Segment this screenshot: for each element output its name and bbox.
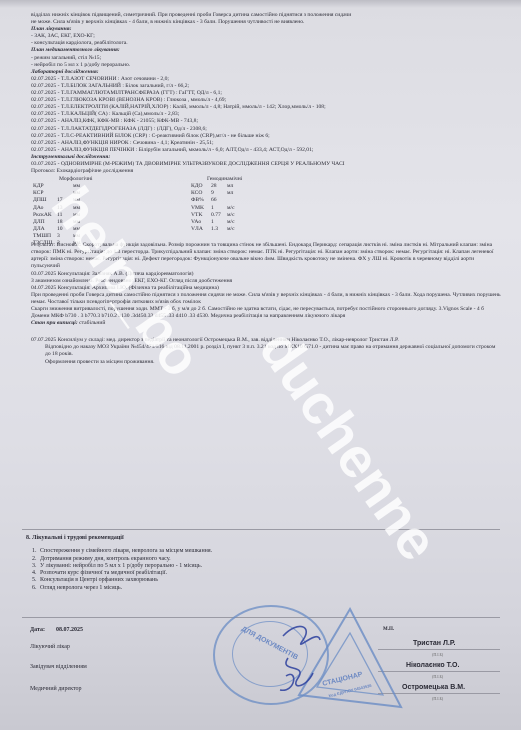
- measure-value: 66: [211, 197, 227, 204]
- measure-unit: м/с: [227, 212, 235, 219]
- name-head: Ніколаєнко Т.О.: [406, 662, 459, 669]
- measure-key: ДАо: [33, 205, 57, 212]
- pib-caption: (П.І.Б): [432, 696, 443, 701]
- role-director: Медичний директор: [30, 686, 82, 692]
- recommendation-item: Огляд невролога через 1 місяць.: [38, 585, 212, 592]
- measure-key: VTK: [191, 212, 211, 219]
- hemo-row: VMK1м/с: [191, 205, 242, 212]
- state-value: стабільний: [79, 320, 105, 326]
- lab-results-list: 02.07.2025 - Т.Л.АЗОТ СЕЧОВИНИ : Азот се…: [31, 76, 501, 154]
- plan-medication-title: План медикаментозного лікування:: [31, 47, 501, 54]
- measure-key: VЛА: [191, 226, 211, 233]
- role-attending: Лікуючий лікар: [30, 644, 70, 650]
- plan-treatment-title: План лікування:: [31, 26, 501, 33]
- measure-key: ДЛП: [33, 219, 57, 226]
- lab-result-item: 02.07.2025 - АНАЛІЗ,КФК, КФК-МВ : КФК - …: [31, 118, 501, 125]
- measure-key: ТМШП: [33, 233, 57, 240]
- council-note: Оформлення провести за місцем проживання…: [31, 359, 501, 366]
- measure-value: 1: [211, 219, 227, 226]
- section-divider: [22, 529, 500, 530]
- hemo-row: КСО9мл: [191, 190, 242, 197]
- measure-key: КСР: [33, 190, 57, 197]
- morph-row: КДРмм: [33, 183, 93, 190]
- measure-key: ДПШ: [33, 197, 57, 204]
- morph-row: ТЗСЛШ2мм: [33, 240, 93, 247]
- plan-item: - нейробіл по 5 мл х 1 р/добу перорально…: [31, 62, 501, 69]
- recommendations-section: 8. Лікувальні і трудові рекомендації Спо…: [26, 535, 212, 592]
- recommendations-list: Спостереження у сімейного лікаря, неврол…: [26, 548, 212, 592]
- role-head: Завідувач відділенням: [30, 664, 87, 670]
- state-label: Стан при виписці:: [31, 320, 78, 326]
- lab-result-item: 02.07.2025 - Т.Л.ЛАКТАТДЕГІДРОГЕНАЗА (ЛД…: [31, 126, 501, 133]
- lab-result-item: 02.07.2025 - Т.Л.АЗОТ СЕЧОВИНИ : Азот се…: [31, 76, 501, 83]
- handwritten-signature-icon: [268, 618, 328, 698]
- measure-value: 17: [57, 197, 73, 204]
- measure-key: VMK: [191, 205, 211, 212]
- measure-unit: м/с: [227, 205, 235, 212]
- measure-key: ТЗСЛШ: [33, 240, 57, 247]
- measure-key: VAo: [191, 219, 211, 226]
- hemo-row: ФВ%66: [191, 197, 242, 204]
- echo-result: Результат: Висновок: Скоротувальна функц…: [31, 242, 501, 270]
- measure-unit: м/с: [227, 226, 235, 233]
- page-shadow: [0, 0, 521, 8]
- pib-caption: (П.І.Б): [432, 652, 443, 657]
- lab-title: Лабораторні дослідження:: [31, 69, 501, 76]
- measure-unit: мл: [227, 183, 233, 190]
- morph-row: ТМШП3мм: [33, 233, 93, 240]
- date-value: 08.07.2025: [56, 627, 83, 633]
- measure-unit: мм: [73, 190, 80, 197]
- consultation-line: З анамнезом ознайомлена. Рекомендовано: …: [31, 278, 501, 285]
- measure-value: [57, 190, 73, 197]
- measure-unit: мм: [73, 240, 80, 247]
- discharge-summary-body: відділах нижніх кінцівок підвищений, сим…: [31, 12, 501, 366]
- date-label: Дата:: [30, 627, 45, 633]
- echo-measurements: Морфологічні КДРммКСРммДПШ17ммДАо13ммРкс…: [31, 176, 501, 242]
- measure-unit: мм: [73, 233, 80, 240]
- lab-result-item: 02.07.2025 - АНАЛІЗ,ФУНКЦІЯ НИРОК : Сечо…: [31, 140, 501, 147]
- recommendation-item: Дотримання режиму дня, контроль екранног…: [38, 556, 212, 563]
- measure-key: ФВ%: [191, 197, 211, 204]
- measure-unit: мм: [73, 212, 80, 219]
- document-page: відділах нижніх кінцівок підвищений, сим…: [0, 0, 521, 730]
- morph-row: РкскАК11мм: [33, 212, 93, 219]
- name-director: Остромецька В.М.: [402, 684, 465, 691]
- hemo-row: VTK0.77м/с: [191, 212, 242, 219]
- measure-unit: мм: [73, 205, 80, 212]
- measure-unit: мм: [73, 197, 80, 204]
- hemodynamic-column: Гемодинамічні КДО28млКСО9млФВ%66VMK1м/сV…: [191, 176, 242, 233]
- measure-value: 9: [211, 190, 227, 197]
- morph-row: ДЛА10мм: [33, 226, 93, 233]
- measure-value: 1: [211, 205, 227, 212]
- recommendation-item: Консультація в Центрі орфанних захворюва…: [38, 577, 212, 584]
- measure-value: 10: [57, 226, 73, 233]
- morph-row: ДАо13мм: [33, 205, 93, 212]
- plan-item: - режим загальний, стіл №15;: [31, 55, 501, 62]
- measure-unit: мм: [73, 219, 80, 226]
- lab-result-item: 02.07.2025 - Т.Л.БІЛОК ЗАГАЛЬНИЙ : Білок…: [31, 83, 501, 90]
- measure-key: КДР: [33, 183, 57, 190]
- measure-value: 28: [211, 183, 227, 190]
- council-text: 07.07.2025 Консиліум у складі: мед. дире…: [31, 337, 501, 344]
- pib-caption: (П.І.Б): [432, 674, 443, 679]
- measure-value: 0.77: [211, 212, 227, 219]
- hemo-row: КДО28мл: [191, 183, 242, 190]
- measure-key: КСО: [191, 190, 211, 197]
- lab-result-item: 02.07.2025 - Т.Л.КАЛЬЦІЙ( СА) : Кальцій …: [31, 111, 501, 118]
- measure-value: 3: [57, 233, 73, 240]
- instrumental-title: Інструментальні дослідження:: [31, 154, 501, 161]
- measure-unit: мл: [227, 190, 233, 197]
- hemo-row: VAo1м/с: [191, 219, 242, 226]
- name-attending: Тристан Л.Р.: [413, 640, 455, 647]
- echo-protocol: Протокол: Ехокардіографічне дослідження: [31, 168, 501, 175]
- lab-result-item: 02.07.2025 - АНАЛІЗ,ФУНКЦІЯ ПЕЧІНКИ : Бі…: [31, 147, 501, 154]
- morph-title: Морфологічні: [33, 176, 93, 183]
- measure-value: 11: [57, 212, 73, 219]
- echo-study: 03.07.2025 - ОДНОВИМІРНЕ (М-РЕЖИМ) ТА ДВ…: [31, 161, 501, 168]
- recommendations-title: 8. Лікувальні і трудові рекомендації: [26, 535, 212, 542]
- measure-value: 18: [57, 219, 73, 226]
- hemo-title: Гемодинамічні: [191, 176, 242, 183]
- measure-key: РкскАК: [33, 212, 57, 219]
- morphological-column: Морфологічні КДРммКСРммДПШ17ммДАо13ммРкс…: [33, 176, 93, 247]
- consultations: 03.07.2025 Консультація: Залізняк А.В. (…: [31, 271, 501, 321]
- intro-line: не може. Сила м'язів у верхніх кінцівках…: [31, 19, 501, 26]
- morph-row: ДПШ17мм: [33, 197, 93, 204]
- morph-row: КСРмм: [33, 190, 93, 197]
- consultation-line: 03.07.2025 Консультація: Залізняк А.В. (…: [31, 271, 501, 278]
- measure-key: КДО: [191, 183, 211, 190]
- lab-result-item: 02.07.2025 - Т.Л.С-РЕАКТИВНИЙ БІЛОК (CRP…: [31, 133, 501, 140]
- council-decision: Відповідно до наказу МОЗ України №454/47…: [31, 344, 501, 358]
- hemo-row: VЛА1.3м/с: [191, 226, 242, 233]
- recommendation-item: Спостереження у сімейного лікаря, неврол…: [38, 548, 212, 555]
- measure-value: 2: [57, 240, 73, 247]
- measure-unit: м/с: [227, 219, 235, 226]
- consultation-line: 04.07.2025 Консультація: Архипова І.Ю. (…: [31, 285, 501, 292]
- measure-unit: мм: [73, 226, 80, 233]
- consultation-line: При проведенні проби Говерса дитина само…: [31, 292, 501, 306]
- morph-row: ДЛП18мм: [33, 219, 93, 226]
- measure-value: 1.3: [211, 226, 227, 233]
- measure-key: ДЛА: [33, 226, 57, 233]
- measure-unit: мм: [73, 183, 80, 190]
- measure-value: 13: [57, 205, 73, 212]
- measure-value: [57, 183, 73, 190]
